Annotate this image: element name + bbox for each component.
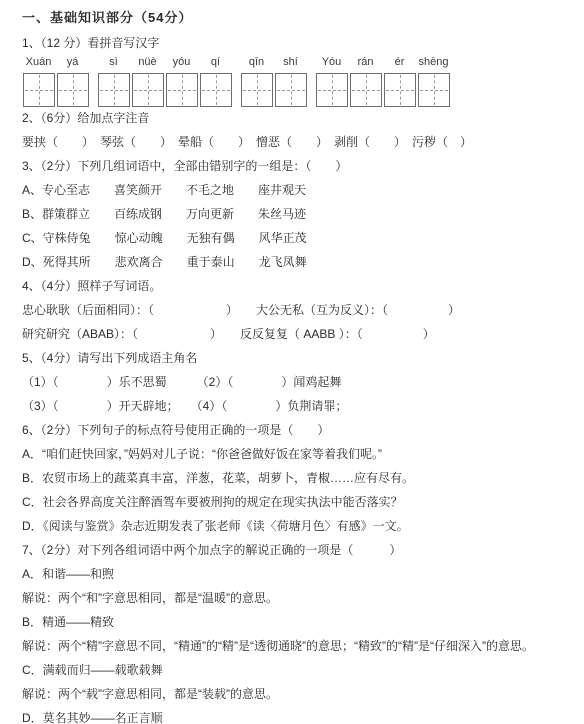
pinyin-syllable: ér xyxy=(395,55,405,71)
q4-heading: 4、（4分）照样子写词语。 xyxy=(22,278,578,294)
pinyin-syllable: shí xyxy=(283,55,298,71)
q1-heading: 1、（12 分）看拼音写汉字 xyxy=(22,35,578,51)
pinyin-box-column: ér xyxy=(383,55,416,107)
pinyin-syllable: yá xyxy=(67,55,79,71)
pinyin-box-column: sì xyxy=(97,55,130,107)
pinyin-box-column: yá xyxy=(56,55,89,107)
q4-line-1: 忠心耿耿（后面相同）：（ ） 大公无私（互为反义）：（ ） xyxy=(22,302,578,318)
pinyin-syllable: qí xyxy=(211,55,220,71)
writing-box xyxy=(132,73,164,107)
pinyin-box-group: sìnüèyóuqí xyxy=(97,55,232,107)
pinyin-box-column: Xuán xyxy=(22,55,55,107)
writing-box xyxy=(384,73,416,107)
writing-box xyxy=(418,73,450,107)
q3-option-a: A、专心至志 喜笑颜开 不毛之地 座井观天 xyxy=(22,182,578,198)
q5-line-1: （1）（ ）乐不思蜀 （2）（ ）闻鸡起舞 xyxy=(22,374,578,390)
writing-box xyxy=(316,73,348,107)
q5-heading: 5、（4分）请写出下列成语主角名 xyxy=(22,350,578,366)
q5-line-2: （3）（ ）开天辟地； （4）（ ）负荆请罪； xyxy=(22,398,578,414)
pinyin-box-column: qí xyxy=(199,55,232,107)
q1-pinyin-writing-grid: XuányásìnüèyóuqíqīnshíYóuránérshēng xyxy=(22,55,578,107)
writing-box xyxy=(200,73,232,107)
writing-box xyxy=(98,73,130,107)
pinyin-box-group: Yóuránérshēng xyxy=(315,55,450,107)
q6-option-d: D．《阅读与鉴赏》杂志近期发表了张老师《读〈荷塘月色〉有感》一文。 xyxy=(22,518,578,534)
pinyin-box-column: shí xyxy=(274,55,307,107)
pinyin-syllable: nüè xyxy=(138,55,156,71)
writing-box xyxy=(275,73,307,107)
writing-box xyxy=(166,73,198,107)
q7-explain-b: 解说：两个“精”字意思不同，“精通”的“精”是“透彻通晓”的意思；“精致”的“精… xyxy=(22,638,578,654)
pinyin-box-column: nüè xyxy=(131,55,164,107)
pinyin-syllable: yóu xyxy=(173,55,191,71)
q3-option-c: C、守株侍兔 惊心动魄 无独有偶 风华正茂 xyxy=(22,230,578,246)
q4-line-2: 研究研究（ABAB）：（ ） 反反复复（ AABB ）：（ ） xyxy=(22,326,578,342)
pinyin-box-group: qīnshí xyxy=(240,55,307,107)
pinyin-syllable: Yóu xyxy=(322,55,342,71)
q3-option-d: D、死得其所 悲欢离合 重于泰山 龙飞凤舞 xyxy=(22,254,578,270)
pinyin-box-column: qīn xyxy=(240,55,273,107)
q7-option-b: B．精通——精致 xyxy=(22,614,578,630)
q7-option-a: A．和谐——和煦 xyxy=(22,566,578,582)
q2-heading: 2、（6分）给加点字注音 xyxy=(22,110,578,126)
q2-words-line: 要挟（ ） 琴弦（ ） 晕船（ ） 憎恶（ ） 剥削（ ） 污秽（ ） xyxy=(22,134,578,150)
pinyin-syllable: shēng xyxy=(419,55,449,71)
pinyin-box-column: shēng xyxy=(417,55,450,107)
pinyin-box-column: Yóu xyxy=(315,55,348,107)
writing-box xyxy=(350,73,382,107)
q3-option-b: B、群策群立 百练成钢 万向更新 朱丝马迹 xyxy=(22,206,578,222)
q7-option-c: C．满载而归——载歌载舞 xyxy=(22,662,578,678)
pinyin-syllable: sì xyxy=(109,55,118,71)
q7-explain-a: 解说：两个“和”字意思相同，都是“温暖”的意思。 xyxy=(22,590,578,606)
exam-page: 一、基础知识部分（54分） 1、（12 分）看拼音写汉字 Xuányásìnüè… xyxy=(0,0,584,724)
q6-heading: 6、（2分）下列句子的标点符号使用正确的一项是（ ） xyxy=(22,422,578,438)
q7-explain-c: 解说：两个“载”字意思相同，都是“装载”的意思。 xyxy=(22,686,578,702)
writing-box xyxy=(241,73,273,107)
q6-option-c: C．社会各界高度关注醉酒驾车要被刑拘的规定在现实执法中能否落实？ xyxy=(22,494,578,510)
writing-box xyxy=(57,73,89,107)
section-title: 一、基础知识部分（54分） xyxy=(22,9,578,26)
q3-heading: 3、（2分）下列几组词语中，全部由错别字的一组是：（ ） xyxy=(22,158,578,174)
writing-box xyxy=(23,73,55,107)
pinyin-box-group: Xuányá xyxy=(22,55,89,107)
pinyin-syllable: qīn xyxy=(249,55,264,71)
pinyin-syllable: Xuán xyxy=(26,55,52,71)
pinyin-box-column: rán xyxy=(349,55,382,107)
q6-option-b: B．农贸市场上的蔬菜真丰富，洋葱，花菜，胡萝卜，青椒……应有尽有。 xyxy=(22,470,578,486)
q7-option-d: D．莫名其妙——名正言顺 xyxy=(22,710,578,724)
q7-heading: 7、（2分）对下列各组词语中两个加点字的解说正确的一项是（ ） xyxy=(22,542,578,558)
q6-option-a: A．“咱们赶快回家，”妈妈对儿子说：“你爸爸做好饭在家等着我们呢。” xyxy=(22,446,578,462)
pinyin-syllable: rán xyxy=(358,55,374,71)
pinyin-box-column: yóu xyxy=(165,55,198,107)
